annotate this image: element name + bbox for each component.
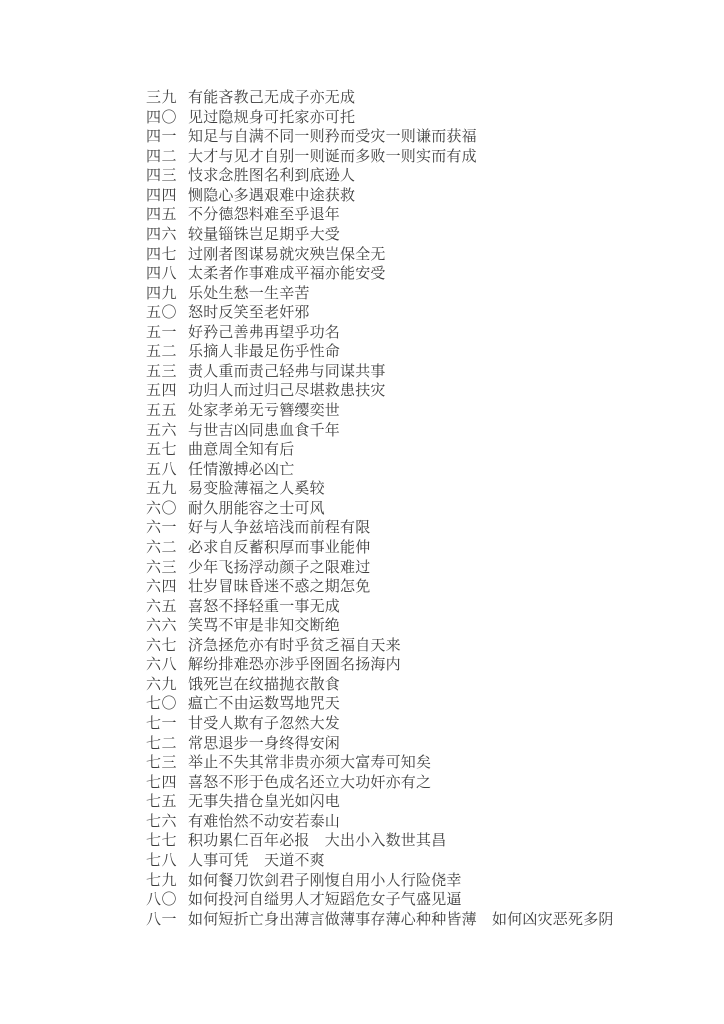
- item-text: 壮岁冒昧昏迷不惑之期怎免: [188, 575, 370, 596]
- document-page: 三九 有能吝教己无成子亦无成 四〇 见过隐规身可托家亦可托 四一 知足与自满不同…: [0, 0, 724, 1024]
- list-item: 六二 必求自反蓄积厚而事业能伸: [146, 536, 686, 556]
- list-item: 七八 人事可凭 天道不爽: [146, 849, 686, 869]
- item-text: 饿死岂在纹描抛衣散食: [188, 673, 340, 694]
- item-number: 六九: [146, 673, 177, 694]
- item-text: 怒时反笑至老奸邪: [188, 301, 310, 322]
- item-number: 五三: [146, 360, 177, 381]
- list-item: 八〇 如何投河自缢男人才短蹈危女子气盛见逼: [146, 888, 686, 908]
- numbered-list: 三九 有能吝教己无成子亦无成 四〇 见过隐规身可托家亦可托 四一 知足与自满不同…: [146, 86, 686, 927]
- item-number: 六三: [146, 556, 177, 577]
- item-number: 五七: [146, 438, 177, 459]
- item-text: 积功累仁百年必报 大出小入数世其昌: [188, 829, 446, 850]
- item-number: 七四: [146, 771, 177, 792]
- item-text: 知足与自满不同一则矜而受灾一则谦而获福: [188, 125, 477, 146]
- item-number: 四六: [146, 223, 177, 244]
- item-text: 甘受人欺有子忽然大发: [188, 712, 340, 733]
- list-item: 六四 壮岁冒昧昏迷不惑之期怎免: [146, 575, 686, 595]
- item-text: 喜怒不择轻重一事无成: [188, 595, 340, 616]
- item-number: 六六: [146, 614, 177, 635]
- item-number: 五四: [146, 379, 177, 400]
- item-text: 常思退步一身终得安闲: [188, 732, 340, 753]
- item-text: 笑骂不审是非知交断绝: [188, 614, 340, 635]
- item-number: 七八: [146, 849, 177, 870]
- list-item: 七二 常思退步一身终得安闲: [146, 732, 686, 752]
- item-number: 七一: [146, 712, 177, 733]
- list-item: 八一 如何短折亡身出薄言做薄事存薄心种种皆薄 如何凶灾恶死多阴: [146, 908, 686, 928]
- item-number: 四三: [146, 164, 177, 185]
- item-text: 如何投河自缢男人才短蹈危女子气盛见逼: [188, 888, 462, 909]
- item-text: 有能吝教己无成子亦无成: [188, 86, 355, 107]
- item-text: 乐摘人非最足伤乎性命: [188, 340, 340, 361]
- list-item: 四六 较量锱铢岂足期乎大受: [146, 223, 686, 243]
- list-item: 五五 处家孝弟无亏簪缨奕世: [146, 399, 686, 419]
- item-number: 五一: [146, 321, 177, 342]
- item-number: 四七: [146, 243, 177, 264]
- item-text: 瘟亡不由运数骂地咒天: [188, 692, 340, 713]
- list-item: 六五 喜怒不择轻重一事无成: [146, 595, 686, 615]
- item-number: 八一: [146, 908, 177, 929]
- list-item: 七五 无事失措仓皇光如闪电: [146, 790, 686, 810]
- list-item: 五六 与世吉凶同患血食千年: [146, 419, 686, 439]
- item-number: 五九: [146, 477, 177, 498]
- item-number: 五二: [146, 340, 177, 361]
- item-number: 七三: [146, 751, 177, 772]
- item-number: 七〇: [146, 692, 177, 713]
- item-text: 乐处生愁一生辛苦: [188, 282, 310, 303]
- item-text: 太柔者作事难成平福亦能安受: [188, 262, 386, 283]
- item-number: 八〇: [146, 888, 177, 909]
- item-text: 好与人争兹培浅而前程有限: [188, 516, 370, 537]
- list-item: 四一 知足与自满不同一则矜而受灾一则谦而获福: [146, 125, 686, 145]
- item-number: 六一: [146, 516, 177, 537]
- item-number: 六〇: [146, 497, 177, 518]
- item-number: 七二: [146, 732, 177, 753]
- item-number: 五六: [146, 419, 177, 440]
- item-text: 如何餐刀饮剑君子刚愎自用小人行险侥幸: [188, 869, 462, 890]
- list-item: 五〇 怒时反笑至老奸邪: [146, 301, 686, 321]
- list-item: 五四 功归人而过归己尽堪救患扶灾: [146, 379, 686, 399]
- item-text: 处家孝弟无亏簪缨奕世: [188, 399, 340, 420]
- list-item: 七三 举止不失其常非贵亦须大富寿可知矣: [146, 751, 686, 771]
- list-item: 四三 忮求念胜图名利到底逊人: [146, 164, 686, 184]
- list-item: 七〇 瘟亡不由运数骂地咒天: [146, 692, 686, 712]
- list-item: 五八 任情激搏必凶亡: [146, 458, 686, 478]
- list-item: 六七 济急拯危亦有时乎贫乏福自天来: [146, 634, 686, 654]
- item-text: 好矜己善弗再望乎功名: [188, 321, 340, 342]
- list-item: 五七 曲意周全知有后: [146, 438, 686, 458]
- item-text: 举止不失其常非贵亦须大富寿可知矣: [188, 751, 431, 772]
- item-text: 必求自反蓄积厚而事业能伸: [188, 536, 370, 557]
- item-number: 四一: [146, 125, 177, 146]
- item-text: 功归人而过归己尽堪救患扶灾: [188, 379, 386, 400]
- list-item: 三九 有能吝教己无成子亦无成: [146, 86, 686, 106]
- item-number: 五〇: [146, 301, 177, 322]
- list-item: 六三 少年飞扬浮动颜子之限难过: [146, 556, 686, 576]
- item-number: 四八: [146, 262, 177, 283]
- item-text: 人事可凭 天道不爽: [188, 849, 325, 870]
- item-number: 四〇: [146, 106, 177, 127]
- list-item: 四四 恻隐心多遇艰难中途获救: [146, 184, 686, 204]
- item-text: 如何短折亡身出薄言做薄事存薄心种种皆薄 如何凶灾恶死多阴: [188, 908, 614, 929]
- item-text: 与世吉凶同患血食千年: [188, 419, 340, 440]
- list-item: 四八 太柔者作事难成平福亦能安受: [146, 262, 686, 282]
- item-number: 七五: [146, 790, 177, 811]
- list-item: 五二 乐摘人非最足伤乎性命: [146, 340, 686, 360]
- item-text: 解纷排难恐亦涉乎囹圄名扬海内: [188, 653, 401, 674]
- item-number: 六二: [146, 536, 177, 557]
- item-number: 四二: [146, 145, 177, 166]
- item-number: 七九: [146, 869, 177, 890]
- item-text: 喜怒不形于色成名还立大功奸亦有之: [188, 771, 431, 792]
- list-item: 六〇 耐久朋能容之士可风: [146, 497, 686, 517]
- item-text: 无事失措仓皇光如闪电: [188, 790, 340, 811]
- item-number: 七七: [146, 829, 177, 850]
- list-item: 五一 好矜己善弗再望乎功名: [146, 321, 686, 341]
- item-text: 较量锱铢岂足期乎大受: [188, 223, 340, 244]
- list-item: 六九 饿死岂在纹描抛衣散食: [146, 673, 686, 693]
- item-number: 五八: [146, 458, 177, 479]
- list-item: 六一 好与人争兹培浅而前程有限: [146, 516, 686, 536]
- item-number: 六五: [146, 595, 177, 616]
- list-item: 四二 大才与见才自别一则诞而多败一则实而有成: [146, 145, 686, 165]
- item-text: 易变脸薄福之人奚较: [188, 477, 325, 498]
- list-item: 七七 积功累仁百年必报 大出小入数世其昌: [146, 829, 686, 849]
- item-text: 过刚者图谋易就灾殃岂保全无: [188, 243, 386, 264]
- list-item: 四七 过刚者图谋易就灾殃岂保全无: [146, 243, 686, 263]
- item-number: 四四: [146, 184, 177, 205]
- item-text: 曲意周全知有后: [188, 438, 294, 459]
- item-text: 大才与见才自别一则诞而多败一则实而有成: [188, 145, 477, 166]
- list-item: 七一 甘受人欺有子忽然大发: [146, 712, 686, 732]
- list-item: 五九 易变脸薄福之人奚较: [146, 477, 686, 497]
- list-item: 五三 责人重而责己轻弗与同谋共事: [146, 360, 686, 380]
- item-number: 六八: [146, 653, 177, 674]
- item-text: 任情激搏必凶亡: [188, 458, 294, 479]
- item-text: 不分德怨料难至乎退年: [188, 203, 340, 224]
- item-text: 责人重而责己轻弗与同谋共事: [188, 360, 386, 381]
- list-item: 六六 笑骂不审是非知交断绝: [146, 614, 686, 634]
- item-number: 四五: [146, 203, 177, 224]
- item-text: 恻隐心多遇艰难中途获救: [188, 184, 355, 205]
- list-item: 七六 有难怡然不动安若泰山: [146, 810, 686, 830]
- item-text: 见过隐规身可托家亦可托: [188, 106, 355, 127]
- item-text: 忮求念胜图名利到底逊人: [188, 164, 355, 185]
- item-number: 四九: [146, 282, 177, 303]
- item-text: 有难怡然不动安若泰山: [188, 810, 340, 831]
- list-item: 四五 不分德怨料难至乎退年: [146, 203, 686, 223]
- list-item: 七四 喜怒不形于色成名还立大功奸亦有之: [146, 771, 686, 791]
- item-number: 五五: [146, 399, 177, 420]
- item-number: 六四: [146, 575, 177, 596]
- item-text: 耐久朋能容之士可风: [188, 497, 325, 518]
- list-item: 四〇 见过隐规身可托家亦可托: [146, 106, 686, 126]
- list-item: 四九 乐处生愁一生辛苦: [146, 282, 686, 302]
- item-number: 三九: [146, 86, 177, 107]
- item-text: 济急拯危亦有时乎贫乏福自天来: [188, 634, 401, 655]
- item-text: 少年飞扬浮动颜子之限难过: [188, 556, 370, 577]
- item-number: 六七: [146, 634, 177, 655]
- list-item: 六八 解纷排难恐亦涉乎囹圄名扬海内: [146, 653, 686, 673]
- item-number: 七六: [146, 810, 177, 831]
- list-item: 七九 如何餐刀饮剑君子刚愎自用小人行险侥幸: [146, 869, 686, 889]
